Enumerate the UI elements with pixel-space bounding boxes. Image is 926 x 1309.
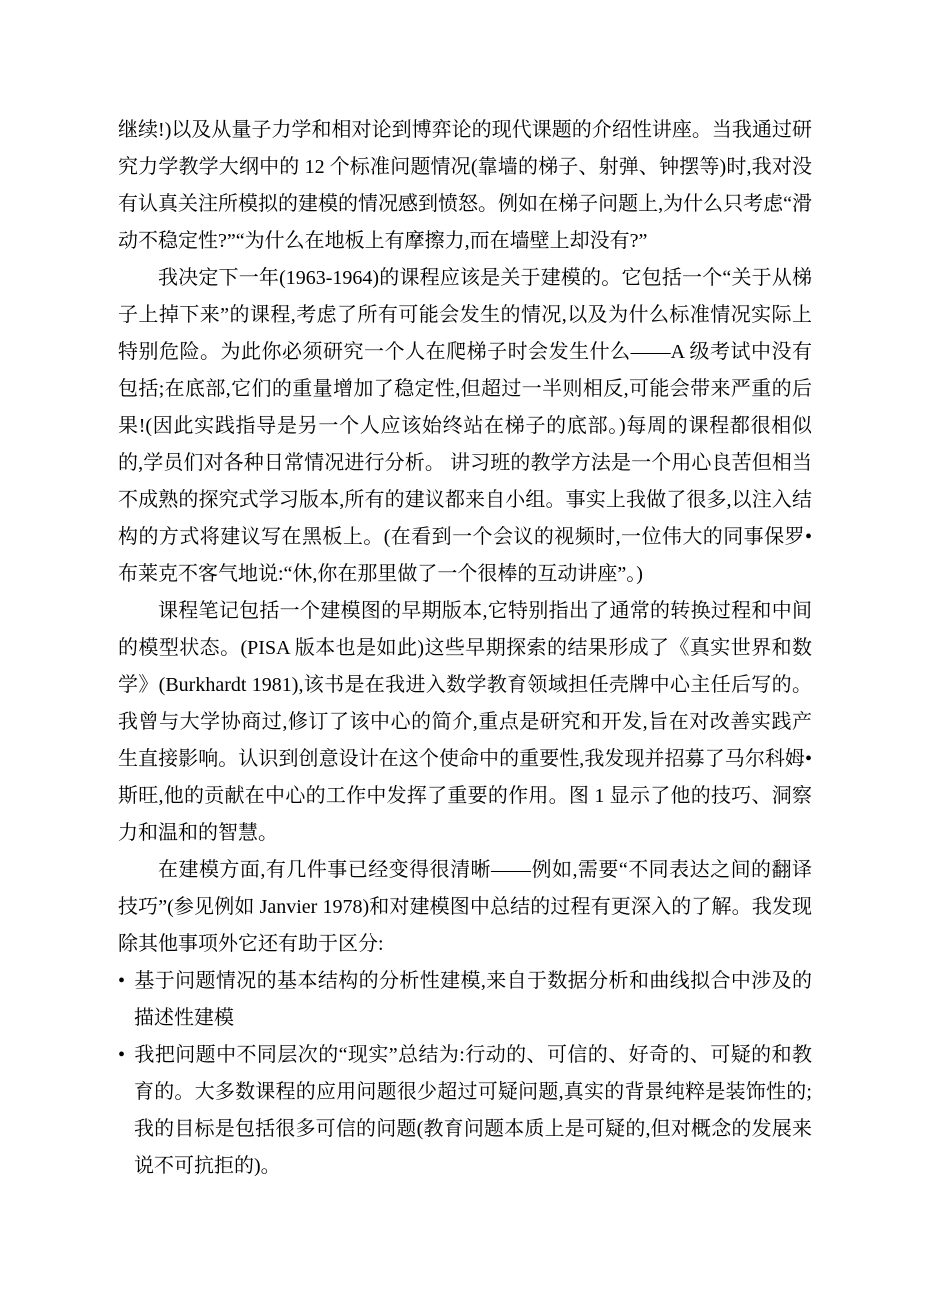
bullet-item-text: 基于问题情况的基本结构的分析性建模,来自于数据分析和曲线拟合中涉及的描述性建模 bbox=[134, 970, 812, 1029]
bullet-marker-icon: • bbox=[118, 963, 134, 1000]
bullet-marker-icon: • bbox=[118, 1037, 134, 1074]
bullet-item-analytic-modelling: •基于问题情况的基本结构的分析性建模,来自于数据分析和曲线拟合中涉及的描述性建模 bbox=[118, 963, 812, 1037]
bullet-item-text: 我把问题中不同层次的“现实”总结为:行动的、可信的、好奇的、可疑的和教育的。大多… bbox=[134, 1044, 812, 1177]
paragraph-courses-1963: 我决定下一年(1963-1964)的课程应该是关于建模的。它包括一个“关于从梯子… bbox=[118, 260, 812, 593]
paragraph-course-notes: 课程笔记包括一个建模图的早期版本,它特别指出了通常的转换过程和中间的模型状态。(… bbox=[118, 593, 812, 852]
bullet-item-reality-levels: •我把问题中不同层次的“现实”总结为:行动的、可信的、好奇的、可疑的和教育的。大… bbox=[118, 1037, 812, 1185]
paragraph-continuation: 继续!)以及从量子力学和相对论到博弈论的现代课题的介绍性讲座。当我通过研究力学教… bbox=[118, 112, 812, 260]
document-page: 继续!)以及从量子力学和相对论到博弈论的现代课题的介绍性讲座。当我通过研究力学教… bbox=[0, 0, 926, 1309]
document-text-block: 继续!)以及从量子力学和相对论到博弈论的现代课题的介绍性讲座。当我通过研究力学教… bbox=[118, 112, 812, 1185]
paragraph-modelling-insights: 在建模方面,有几件事已经变得很清晰——例如,需要“不同表达之间的翻译技巧”(参见… bbox=[118, 852, 812, 963]
